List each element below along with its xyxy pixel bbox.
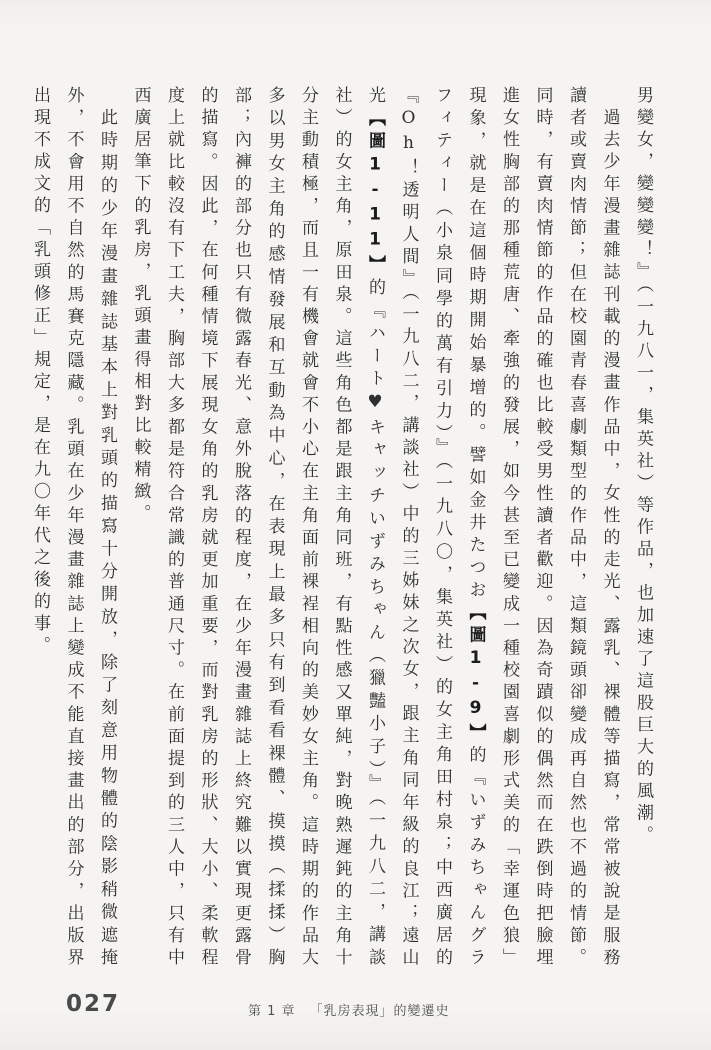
chapter-label: 第 1 章 bbox=[248, 1004, 296, 1019]
page-number: 027 bbox=[66, 991, 120, 1017]
text-segment: 男變女，變變變！』（一九八一，集英社）等作品，也加速了這股巨大的風潮。 bbox=[633, 86, 653, 848]
running-footer: 第 1 章「乳房表現」的變遷史 bbox=[248, 1000, 450, 1019]
figure-reference: 【圖1-9】 bbox=[466, 603, 486, 746]
paragraph: 男變女，變變變！』（一九八一，集英社）等作品，也加速了這股巨大的風潮。 bbox=[626, 86, 660, 970]
text-segment: 的『ハート♥キャッチいずみちゃん（獵豔小子）』（一九八二，講談社）的女主角，原田… bbox=[131, 86, 386, 970]
text-segment: 過去少年漫畫雜誌刊載的漫畫作品中，女性的走光、露乳、裸體等描寫，常常被說是服務讀… bbox=[466, 86, 620, 970]
body-text: 男變女，變變變！』（一九八一，集英社）等作品，也加速了這股巨大的風潮。過去少年漫… bbox=[23, 86, 660, 970]
paragraph: 此時期的少年漫畫雜誌基本上對乳頭的描寫十分開放，除了刻意用物體的陰影稍微遮掩外，… bbox=[23, 86, 124, 970]
text-segment: 此時期的少年漫畫雜誌基本上對乳頭的描寫十分開放，除了刻意用物體的陰影稍微遮掩外，… bbox=[30, 86, 117, 970]
figure-reference: 【圖1-11】 bbox=[365, 109, 385, 278]
chapter-title: 「乳房表現」的變遷史 bbox=[310, 1004, 450, 1019]
paragraph: 過去少年漫畫雜誌刊載的漫畫作品中，女性的走光、露乳、裸體等描寫，常常被說是服務讀… bbox=[123, 86, 626, 970]
book-page: 男變女，變變變！』（一九八一，集英社）等作品，也加速了這股巨大的風潮。過去少年漫… bbox=[0, 0, 711, 1050]
